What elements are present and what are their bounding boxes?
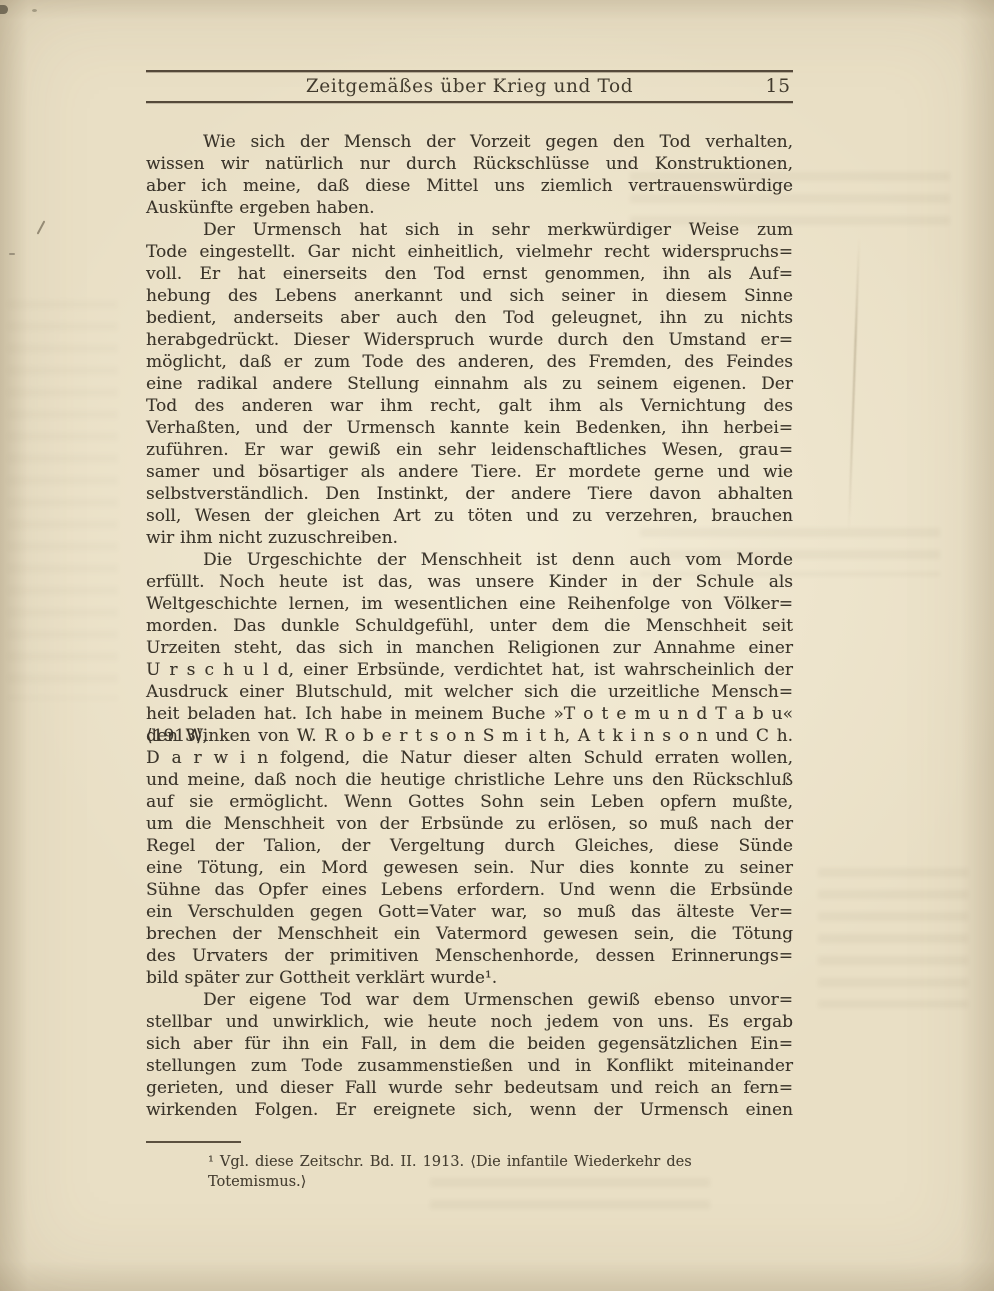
text-line: wirkenden Folgen. Er ereignete sich, wen… — [146, 1099, 793, 1121]
text-line: wir ihm nicht zuzuschreiben. — [146, 527, 793, 549]
text-line: ein Verschulden gegen Gott=Vater war, so… — [146, 901, 793, 923]
text-line: D a r w i n folgend, die Natur dieser al… — [146, 747, 793, 769]
running-title: Zeitgemäßes über Krieg und Tod — [146, 73, 793, 100]
text-line: Regel der Talion, der Vergeltung durch G… — [146, 835, 793, 857]
paper-speck — [9, 253, 15, 255]
text-line: hebung des Lebens anerkannt und sich sei… — [146, 285, 793, 307]
text-line: stellbar und unwirklich, wie heute noch … — [146, 1011, 793, 1033]
text-line: Wie sich der Mensch der Vorzeit gegen de… — [146, 131, 793, 153]
text-line: Weltgeschichte lernen, im wesentlichen e… — [146, 593, 793, 615]
text-line: stellungen zum Tode zusammenstießen und … — [146, 1055, 793, 1077]
text-line: eine Tötung, ein Mord gewesen sein. Nur … — [146, 857, 793, 879]
text-line: selbstverständlich. Den Instinkt, der an… — [146, 483, 793, 505]
paper-bleedthrough — [8, 300, 118, 700]
text-line: bedient, anderseits aber auch den Tod ge… — [146, 307, 793, 329]
text-line: erfüllt. Noch heute ist das, was unsere … — [146, 571, 793, 593]
text-line: den Winken von W. R o b e r t s o n S m … — [146, 725, 793, 747]
text-line: voll. Er hat einerseits den Tod ernst ge… — [146, 263, 793, 285]
header-rule-bottom — [146, 101, 793, 103]
text-line: zuführen. Er war gewiß ein sehr leidensc… — [146, 439, 793, 461]
paper-speck — [32, 9, 37, 12]
text-line: wissen wir natürlich nur durch Rückschlü… — [146, 153, 793, 175]
header-row: Zeitgemäßes über Krieg und Tod 15 — [146, 73, 793, 100]
text-line: Urzeiten steht, das sich in manchen Reli… — [146, 637, 793, 659]
paper-crease — [848, 238, 860, 530]
text-line: Tode eingestellt. Gar nicht einheitlich,… — [146, 241, 793, 263]
text-line: um die Menschheit von der Erbsünde zu er… — [146, 813, 793, 835]
margin-pen-mark — [37, 220, 46, 234]
text-line: Auskünfte ergeben haben. — [146, 197, 793, 219]
scanned-book-page: Zeitgemäßes über Krieg und Tod 15 Wie si… — [0, 0, 994, 1291]
text-line: morden. Das dunkle Schuldgefühl, unter d… — [146, 615, 793, 637]
paper-speck — [0, 5, 8, 14]
header-rule-top — [146, 70, 793, 72]
text-line: herabgedrückt. Dieser Widerspruch wurde … — [146, 329, 793, 351]
text-line: soll, Wesen der gleichen Art zu töten un… — [146, 505, 793, 527]
text-line: Die Urgeschichte der Menschheit ist denn… — [146, 549, 793, 571]
text-line: Tod des anderen war ihm recht, galt ihm … — [146, 395, 793, 417]
text-line: samer und bösartiger als andere Tiere. E… — [146, 461, 793, 483]
paper-bleedthrough — [818, 868, 968, 1008]
text-line: aber ich meine, daß diese Mittel uns zie… — [146, 175, 793, 197]
body-text: Wie sich der Mensch der Vorzeit gegen de… — [146, 131, 793, 1121]
text-line: Der Urmensch hat sich in sehr merkwürdig… — [146, 219, 793, 241]
text-line: eine radikal andere Stellung einnahm als… — [146, 373, 793, 395]
page-number: 15 — [765, 73, 791, 100]
text-line: Ausdruck einer Blutschuld, mit welcher s… — [146, 681, 793, 703]
text-line: Der eigene Tod war dem Urmenschen gewiß … — [146, 989, 793, 1011]
text-line: gerieten, und dieser Fall wurde sehr bed… — [146, 1077, 793, 1099]
text-line: auf sie ermöglicht. Wenn Gottes Sohn sei… — [146, 791, 793, 813]
text-line: möglicht, daß er zum Tode des anderen, d… — [146, 351, 793, 373]
text-line: heit beladen hat. Ich habe in meinem Buc… — [146, 703, 793, 725]
text-line: sich aber für ihn ein Fall, in dem die b… — [146, 1033, 793, 1055]
footnote-text: ¹ Vgl. diese Zeitschr. Bd. II. 1913. ⟨Di… — [146, 1152, 793, 1192]
text-line: U r s c h u l d, einer Erbsünde, verdich… — [146, 659, 793, 681]
text-line: des Urvaters der primitiven Menschenhord… — [146, 945, 793, 967]
text-line: brechen der Menschheit ein Vatermord gew… — [146, 923, 793, 945]
text-line: Verhaßten, und der Urmensch kannte kein … — [146, 417, 793, 439]
footnote-separator — [146, 1141, 241, 1143]
footnote: ¹ Vgl. diese Zeitschr. Bd. II. 1913. ⟨Di… — [146, 1152, 793, 1192]
text-line: bild später zur Gottheit verklärt wurde¹… — [146, 967, 793, 989]
text-line: Sühne das Opfer eines Lebens erfordern. … — [146, 879, 793, 901]
text-line: und meine, daß noch die heutige christli… — [146, 769, 793, 791]
